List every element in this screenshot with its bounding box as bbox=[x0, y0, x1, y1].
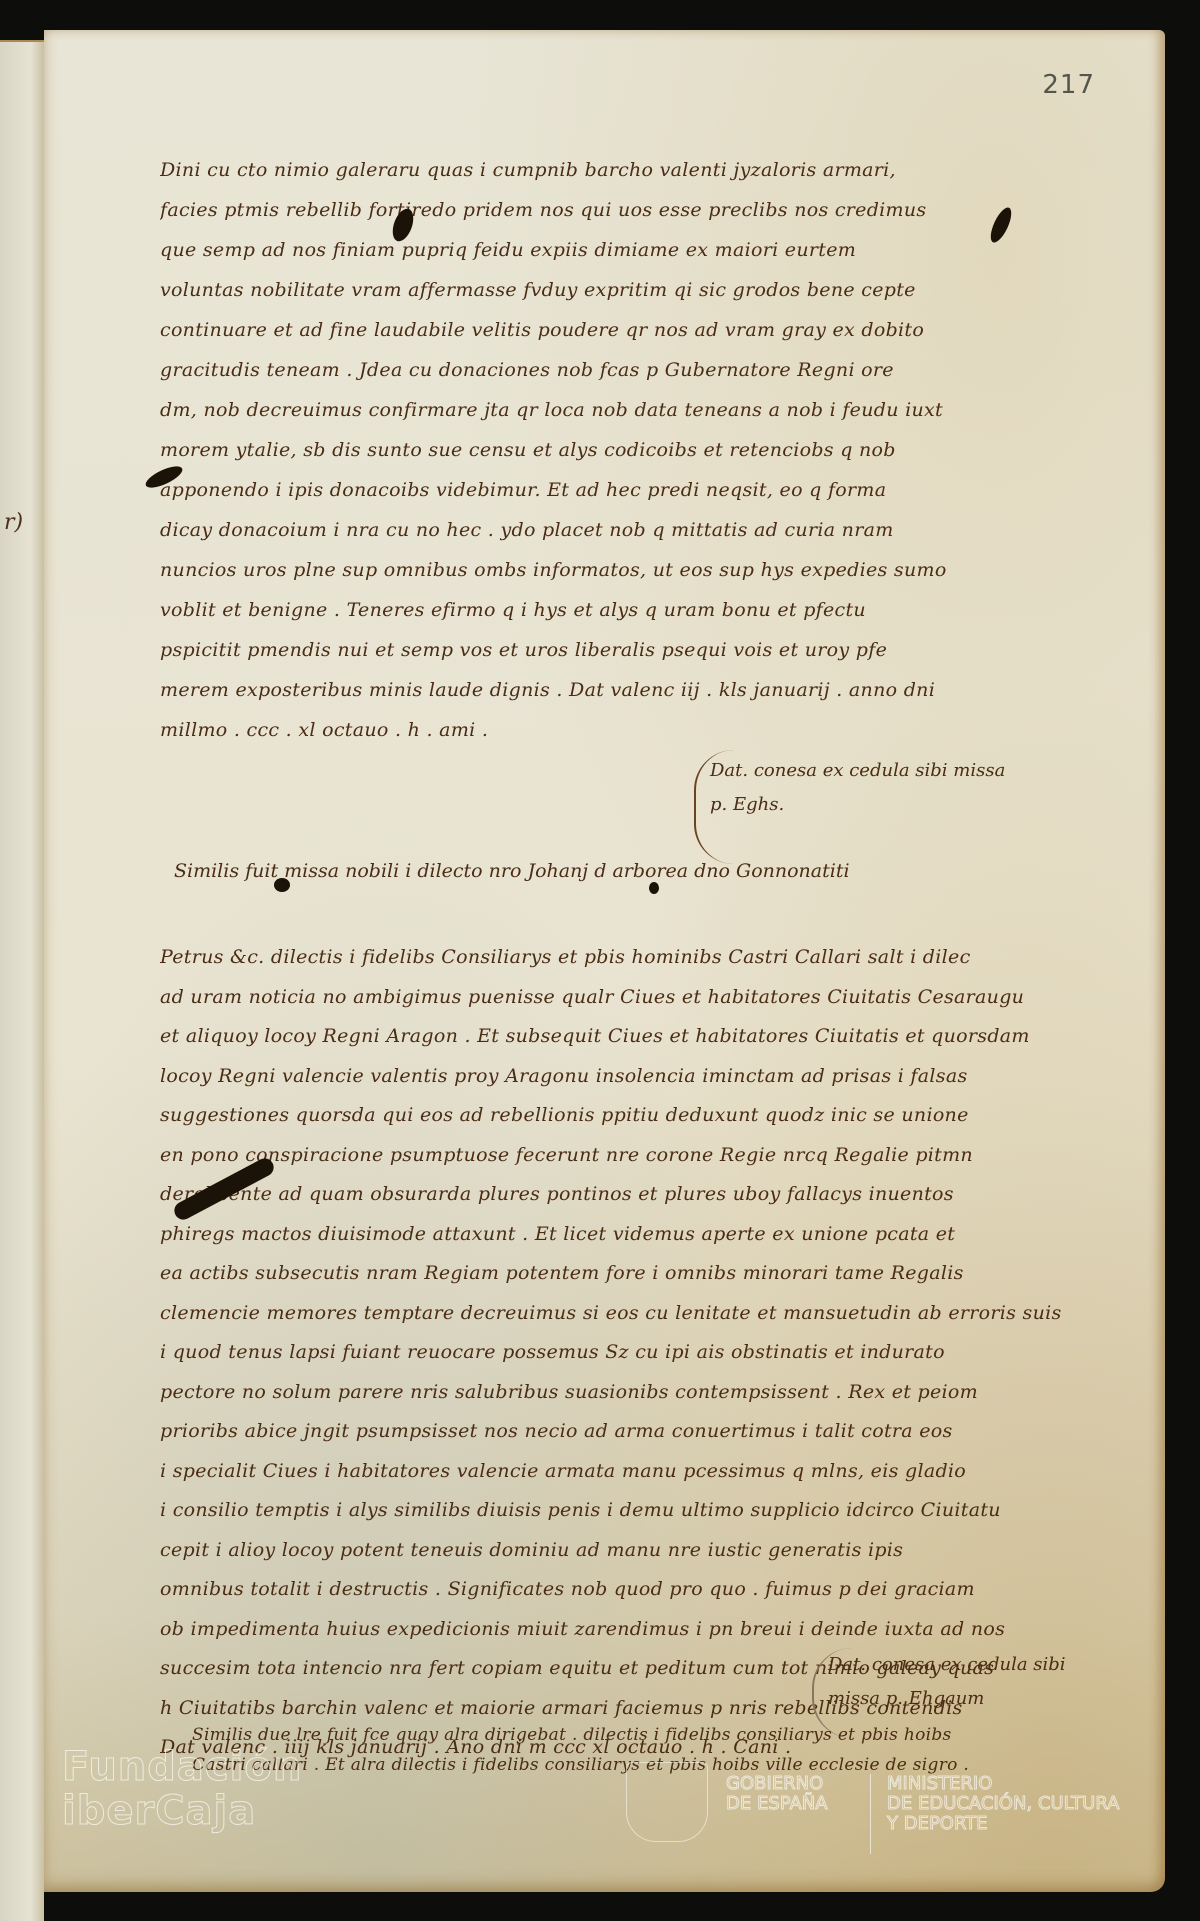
watermark-line: DE ESPAÑA bbox=[726, 1794, 828, 1814]
text-line: facies ptmis rebellib fortiredo pridem n… bbox=[160, 190, 1110, 230]
text-line: Petrus &c. dilectis i fidelibs Consiliar… bbox=[160, 938, 1110, 978]
watermark-gobierno: GOBIERNO DE ESPAÑA bbox=[726, 1774, 828, 1814]
watermark-line: MINISTERIO bbox=[887, 1774, 1119, 1794]
text-line: voblit et benigne . Teneres efirmo q i h… bbox=[160, 590, 1110, 630]
note-line: missa p. Ehgaum bbox=[828, 1682, 1066, 1716]
text-line: prioribs abice jngit psumpsisset nos nec… bbox=[160, 1412, 1110, 1452]
text-line: suggestiones quorsda qui eos ad rebellio… bbox=[160, 1096, 1110, 1136]
text-line: pspicitit pmendis nui et semp vos et uro… bbox=[160, 630, 1110, 670]
text-line: dm, nob decreuimus confirmare jta qr loc… bbox=[160, 390, 1110, 430]
watermark-fundacion-ibercaja: Fundación iberCaja bbox=[62, 1745, 302, 1833]
watermark-line: GOBIERNO bbox=[726, 1774, 828, 1794]
text-line: pectore no solum parere nris salubribus … bbox=[160, 1373, 1110, 1413]
text-line: i quod tenus lapsi fuiant reuocare posse… bbox=[160, 1333, 1110, 1373]
watermark-line: Fundación bbox=[62, 1745, 302, 1789]
text-line: voluntas nobilitate vram affermasse fvdu… bbox=[160, 270, 1110, 310]
text-line: Similis due lre fuit fce quay alra dirig… bbox=[192, 1720, 969, 1750]
text-line: merem exposteribus minis laude dignis . … bbox=[160, 670, 1110, 710]
text-line: locoy Regni valencie valentis proy Arago… bbox=[160, 1057, 1110, 1097]
text-line: en pono conspiracione psumptuose fecerun… bbox=[160, 1136, 1110, 1176]
spain-coat-of-arms-icon bbox=[626, 1762, 708, 1842]
text-line: millmo . ccc . xl octauo . h . ami . bbox=[160, 710, 1110, 750]
text-line: phiregs mactos diuisimode attaxunt . Et … bbox=[160, 1215, 1110, 1255]
text-line: nuncios uros plne sup omnibus ombs infor… bbox=[160, 550, 1110, 590]
text-line: ob impedimenta huius expedicionis miuit … bbox=[160, 1610, 1110, 1650]
watermark-line: iberCaja bbox=[62, 1789, 302, 1833]
text-line: Dini cu cto nimio galeraru quas i cumpni… bbox=[160, 150, 1110, 190]
text-line: morem ytalie, sb dis sunto sue censu et … bbox=[160, 430, 1110, 470]
text-line: ea actibs subsecutis nram Regiam potente… bbox=[160, 1254, 1110, 1294]
note-line: Dat. conesa ex cedula sibi bbox=[828, 1648, 1066, 1682]
text-line: apponendo i ipis donacoibs videbimur. Et… bbox=[160, 470, 1110, 510]
text-line: omnibus totalit i destructis . Significa… bbox=[160, 1570, 1110, 1610]
note-line: Dat. conesa ex cedula sibi missa bbox=[710, 754, 1005, 788]
marginal-note-1: Dat. conesa ex cedula sibi missa p. Eghs… bbox=[694, 750, 1005, 864]
watermark-line: DE EDUCACIÓN, CULTURA bbox=[887, 1794, 1119, 1814]
watermark-line: Y DEPORTE bbox=[887, 1814, 1119, 1834]
letter-2-text: Petrus &c. dilectis i fidelibs Consiliar… bbox=[160, 938, 1110, 1768]
ink-blot bbox=[649, 882, 659, 894]
text-line: derelicente ad quam obsurarda plures pon… bbox=[160, 1175, 1110, 1215]
text-line: clemencie memores temptare decreuimus si… bbox=[160, 1294, 1110, 1334]
text-line: gracitudis teneam . Jdea cu donaciones n… bbox=[160, 350, 1110, 390]
letter-1-text: Dini cu cto nimio galeraru quas i cumpni… bbox=[160, 150, 1110, 750]
similis-heading: Similis fuit missa nobili i dilecto nro … bbox=[174, 860, 850, 882]
text-line: continuare et ad fine laudabile velitis … bbox=[160, 310, 1110, 350]
text-line: que semp ad nos finiam pupriq feidu expi… bbox=[160, 230, 1110, 270]
text-line: ad uram noticia no ambigimus puenisse qu… bbox=[160, 978, 1110, 1018]
text-line: cepit i alioy locoy potent teneuis domin… bbox=[160, 1531, 1110, 1571]
ink-blot bbox=[274, 878, 290, 892]
manuscript-page: 217 Dini cu cto nimio galeraru quas i cu… bbox=[44, 30, 1165, 1892]
watermark-ministerio: MINISTERIO DE EDUCACIÓN, CULTURA Y DEPOR… bbox=[870, 1774, 1119, 1854]
text-line: et aliquoy locoy Regni Aragon . Et subse… bbox=[160, 1017, 1110, 1057]
margin-mark: r) bbox=[4, 510, 23, 535]
note-line: p. Eghs. bbox=[710, 788, 1005, 822]
text-line: i consilio temptis i alys similibs diuis… bbox=[160, 1491, 1110, 1531]
text-line: Castri callari . Et alra dilectis i fide… bbox=[192, 1750, 969, 1780]
text-line: i specialit Ciues i habitatores valencie… bbox=[160, 1452, 1110, 1492]
folio-number: 217 bbox=[1042, 70, 1095, 100]
footer-text: Similis due lre fuit fce quay alra dirig… bbox=[192, 1720, 969, 1780]
text-line: dicay donacoium i nra cu no hec . ydo pl… bbox=[160, 510, 1110, 550]
left-facing-leaf: r) bbox=[0, 40, 44, 1921]
